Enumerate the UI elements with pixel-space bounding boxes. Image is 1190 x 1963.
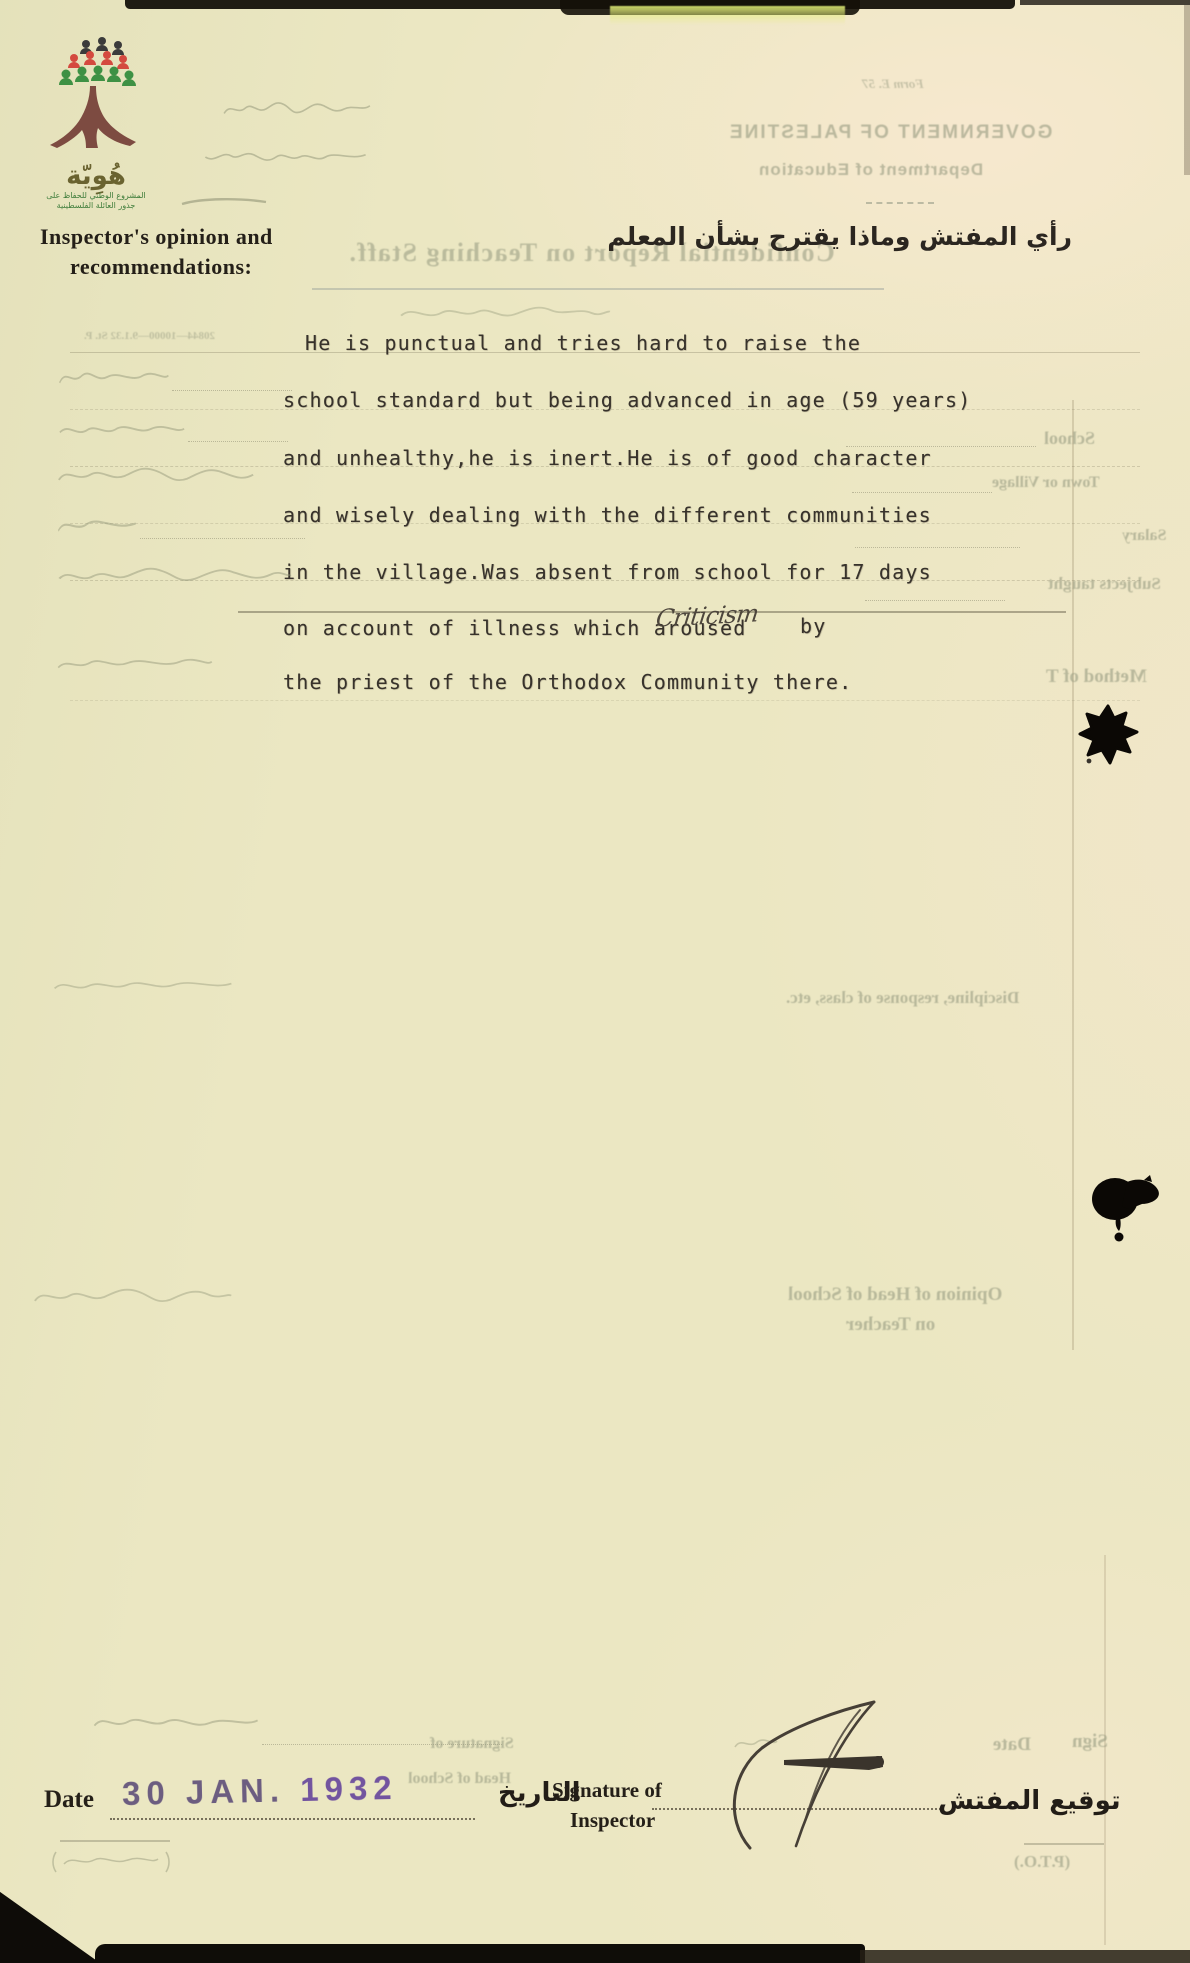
- handwritten-criticism: Criticism: [654, 599, 759, 633]
- scan-edge-bottom: [95, 1944, 865, 1963]
- arabic-handwriting-ghost: [58, 366, 170, 390]
- ghost-dotted-line: [855, 547, 1020, 548]
- ghost-signature-fragment-clip: Sign: [1072, 1731, 1114, 1759]
- ghost-rule: [1024, 1843, 1104, 1845]
- ghost-dotted-line: [188, 441, 288, 442]
- ghost-divider: [866, 202, 934, 204]
- ghost-salary-label: Salary: [1122, 527, 1166, 545]
- ghost-subjects-label: Subjects taught: [1048, 574, 1161, 594]
- logo-tagline-line2: جذور العائلة الفلسطينية: [30, 201, 162, 211]
- handwriting-underline-ghost: [180, 196, 268, 208]
- ruled-line-dark: [238, 611, 1066, 613]
- logo-brand-arabic: هُوِيّة: [30, 161, 162, 191]
- ghost-print-code: 20844—10000—9.1.32 St. P.: [84, 330, 215, 342]
- inspector-opinion-arabic-title: رأي المفتش وماذا يقترح بشأن المعلم: [750, 222, 1072, 251]
- arabic-handwriting-ghost: [56, 563, 294, 589]
- ghost-signature-fragment: Sign: [1072, 1731, 1108, 1753]
- typed-line-4: and wisely dealing with the different co…: [283, 503, 932, 527]
- logo-tagline-line1: المشروع الوطني للحفاظ على: [30, 191, 162, 201]
- inspector-label: Inspector: [570, 1808, 655, 1833]
- inspector-opinion-label-line2: recommendations:: [70, 254, 252, 280]
- ghost-pto: (P.T.O.): [1014, 1852, 1070, 1872]
- ghost-opinion-head-line2: on Teacher: [846, 1314, 935, 1336]
- ruled-line: [70, 700, 1140, 701]
- arabic-handwriting-ghost: [58, 418, 186, 442]
- ghost-dotted-line: [140, 538, 305, 539]
- scan-edge-bottom-right: [860, 1950, 1190, 1963]
- signature-label-arabic: توقيع المفتش: [938, 1786, 1121, 1816]
- typed-line-6-suffix: by: [800, 614, 826, 638]
- arabic-handwriting-ghost: [56, 463, 256, 489]
- ghost-dotted-line: [172, 390, 292, 391]
- typed-line-7: the priest of the Orthodox Community the…: [283, 670, 852, 694]
- fold-crease: [1072, 400, 1074, 1350]
- arabic-handwriting-ghost-parens: [50, 1850, 172, 1874]
- scan-edge-right: [1184, 5, 1190, 175]
- typed-line-1: He is punctual and tries hard to raise t…: [305, 331, 861, 355]
- scan-corner-bottom-left: [0, 1884, 100, 1963]
- date-stamp: 30 JAN. 1932: [122, 1769, 398, 1813]
- arabic-handwriting-ghost: [56, 652, 214, 676]
- scanned-document-page: هُوِيّة المشروع الوطني للحفاظ على جذور ا…: [0, 0, 1190, 1963]
- ghost-form-code: Form E. 57: [862, 76, 924, 92]
- arabic-handwriting-ghost: [203, 146, 368, 168]
- typed-line-3: and unhealthy,he is inert.He is of good …: [283, 446, 932, 470]
- ghost-dotted-line: [865, 600, 1005, 601]
- typed-line-5: in the village.Was absent from school fo…: [283, 560, 932, 584]
- scan-edge-top-right: [1020, 0, 1190, 5]
- family-tree-logo-icon: [30, 36, 162, 156]
- ghost-school-label: School: [1044, 428, 1095, 449]
- heading-rule: [312, 288, 884, 290]
- ghost-signature-head-line2: Head of School: [408, 1770, 511, 1788]
- ghost-department-of-education: Department of Education: [758, 160, 983, 180]
- ghost-town-label: Town or Village: [992, 474, 1100, 492]
- arabic-handwriting-ghost: [222, 98, 372, 120]
- arabic-handwriting-ghost: [52, 974, 234, 998]
- ghost-discipline-label: Discipline, response of class, etc.: [786, 988, 1019, 1008]
- inspector-opinion-label-line1: Inspector's opinion and: [40, 224, 273, 250]
- arabic-handwriting-ghost: [56, 514, 138, 538]
- ghost-signature-head-line1: Signature of: [430, 1735, 514, 1753]
- arabic-handwriting-ghost: [92, 1710, 260, 1736]
- ink-blot: [1082, 1170, 1168, 1252]
- arabic-handwriting-ghost: [32, 1284, 234, 1310]
- ink-blot: [1078, 704, 1140, 768]
- signature-of-label: Signature of: [552, 1778, 662, 1803]
- ghost-date-label: Date: [993, 1734, 1031, 1756]
- ghost-opinion-head-line1: Opinion of Head of School: [788, 1284, 1002, 1306]
- typed-line-2: school standard but being advanced in ag…: [283, 388, 972, 412]
- inspector-signature: [722, 1700, 907, 1855]
- date-label: Date: [44, 1786, 94, 1814]
- ghost-dotted-line: [852, 492, 992, 493]
- date-stamp-year: 1932: [300, 1769, 398, 1808]
- date-dotted-line: [110, 1818, 475, 1820]
- highlight-sliver: [610, 6, 845, 25]
- ghost-government-of-palestine: GOVERNMENT OF PALESTINE: [728, 122, 1052, 144]
- ghost-method-label: Method of T: [1046, 666, 1147, 688]
- date-stamp-daymonth: 30 JAN.: [122, 1771, 286, 1812]
- ghost-rule: [60, 1840, 170, 1842]
- arabic-handwriting-ghost: [398, 300, 613, 326]
- archive-logo: هُوِيّة المشروع الوطني للحفاظ على جذور ا…: [30, 36, 162, 211]
